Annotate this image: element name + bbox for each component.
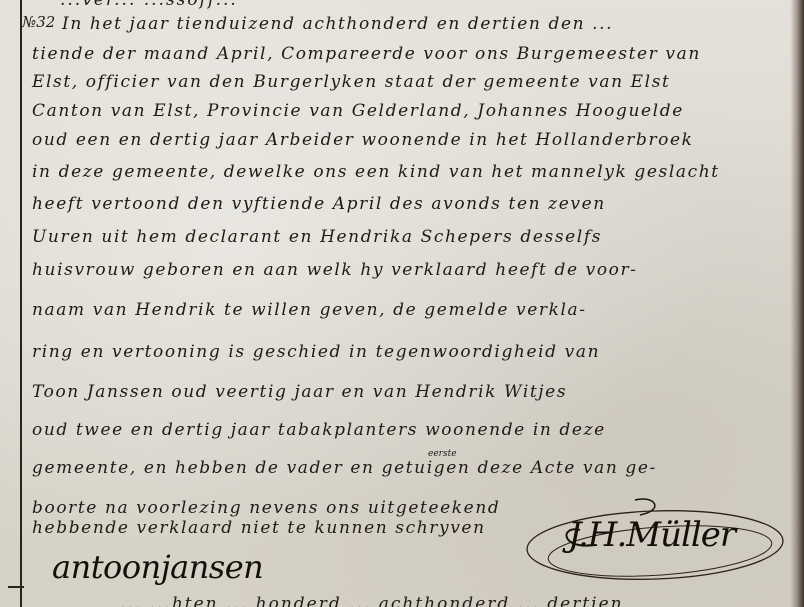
register-page: ...ver... ...ssoff... №32 In het jaar ti… [0, 0, 804, 607]
text-line: gemeente, en hebben de vader en getuigen… [32, 458, 657, 478]
text-line: heeft vertoond den vyftiende April des a… [32, 194, 606, 214]
previous-entry-fragment: ...ver... ...ssoff... [60, 0, 238, 10]
text-line: ring en vertooning is geschied in tegenw… [32, 342, 600, 362]
text-line: Uuren uit hem declarant en Hendrika Sche… [32, 227, 602, 247]
text-line: huisvrouw geboren en aan welk hy verklaa… [32, 260, 638, 280]
margin-tick [8, 586, 24, 588]
signature-right-text: J.H.Müller [568, 515, 735, 555]
entry-number: №32 [22, 13, 55, 31]
text-line: oud twee en dertig jaar tabakplanters wo… [32, 420, 606, 440]
signature-right: J.H.Müller [520, 495, 790, 595]
text-line: Elst, officier van den Burgerlyken staat… [32, 72, 670, 92]
next-entry-fragment: ... ...hten ... honderd ... achthonderd … [120, 594, 624, 607]
binding-edge [790, 0, 804, 607]
text-line: Canton van Elst, Provincie van Gelderlan… [32, 101, 684, 121]
text-line: naam van Hendrik te willen geven, de gem… [32, 300, 587, 320]
text-line: In het jaar tienduizend achthonderd en d… [62, 14, 613, 34]
text-line: tiende der maand April, Compareerde voor… [32, 44, 701, 64]
signature-left: antoonjansen [52, 548, 263, 586]
interlinear-insertion: eerste [428, 449, 457, 459]
text-line: hebbende verklaard niet te kunnen schryv… [32, 518, 486, 538]
text-line: in deze gemeente, dewelke ons een kind v… [32, 162, 720, 182]
text-line: Toon Janssen oud veertig jaar en van Hen… [32, 382, 567, 402]
margin-rule [20, 0, 22, 607]
text-line: boorte na voorlezing nevens ons uitgetee… [32, 498, 500, 518]
text-line: oud een en dertig jaar Arbeider woonende… [32, 130, 694, 150]
